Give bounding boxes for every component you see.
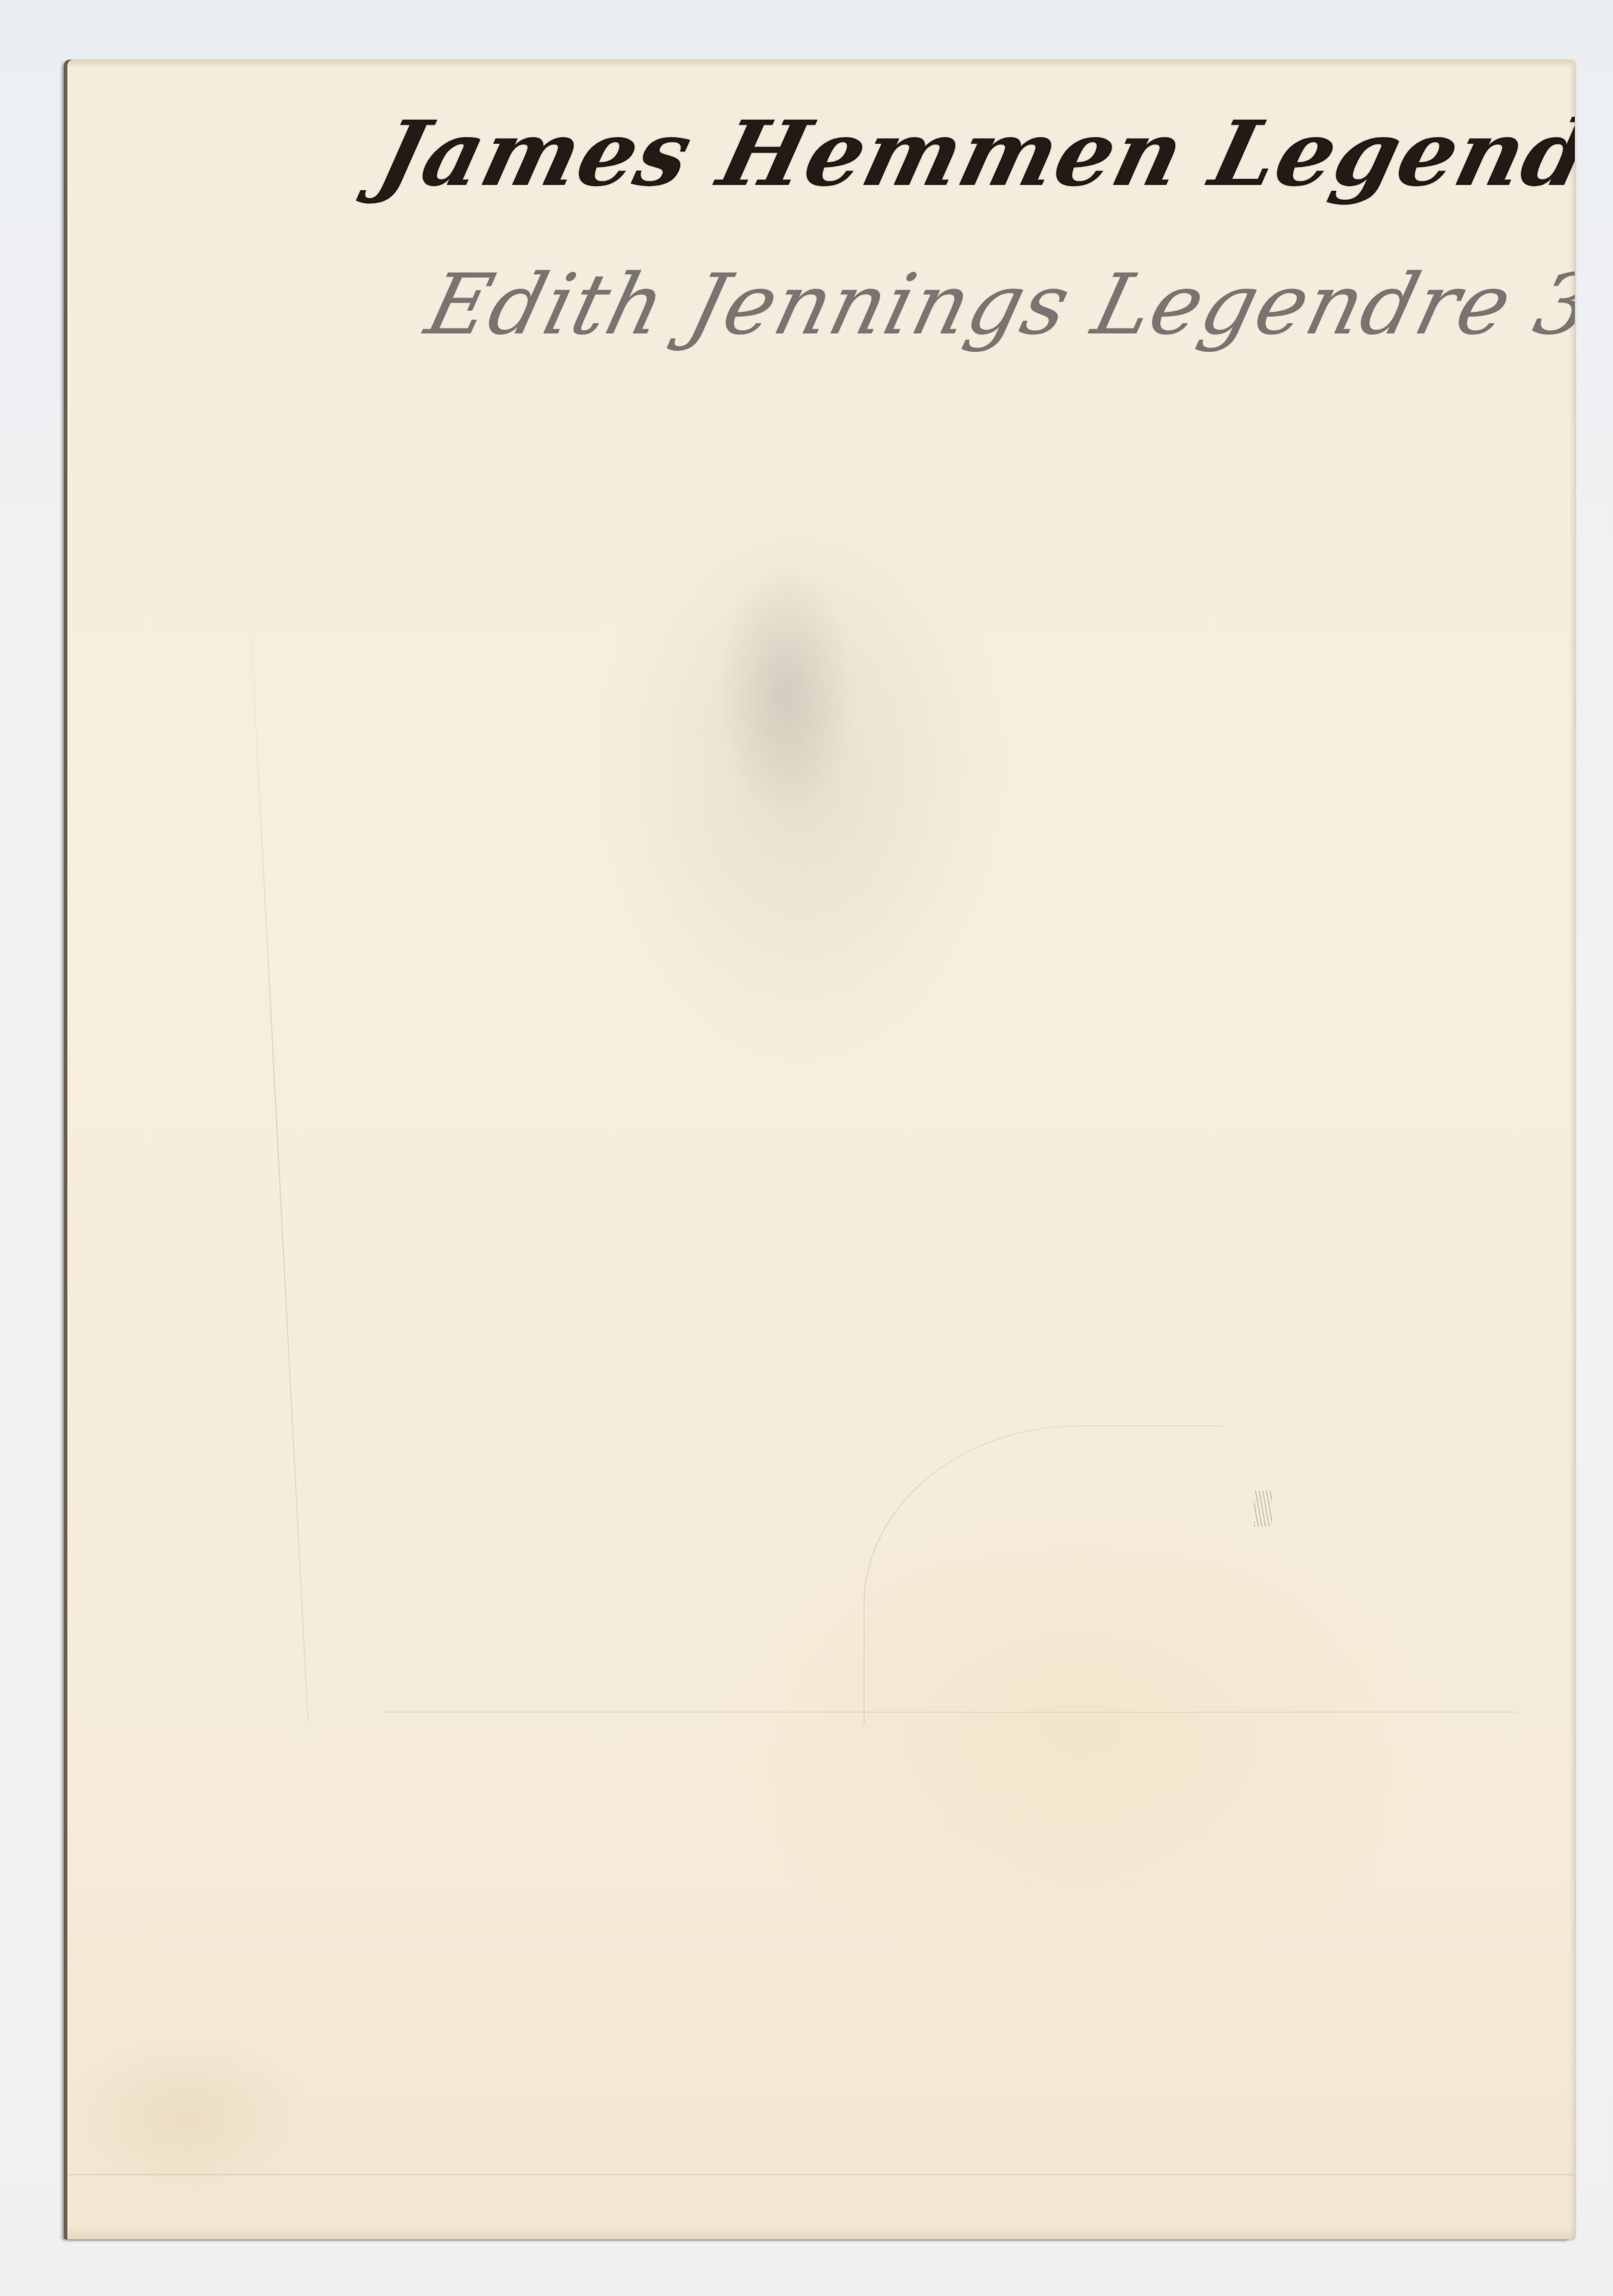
embossed-arc-mark (863, 1425, 1222, 1725)
inscription-line-2: Edith Jennings Legendre 3 y (417, 256, 1575, 354)
inscription-area: James Hemmen Legendre 4 y Edith Jennings… (67, 60, 1575, 477)
ghost-image-left-edge (246, 555, 309, 1722)
ghost-image-smudge (717, 567, 855, 817)
pencil-mark (1254, 1491, 1272, 1527)
inscription-line-1: James Hemmen Legendre 4 y (369, 101, 1575, 206)
card-bottom-crease (67, 2174, 1575, 2176)
card-bottom-edge (67, 2226, 1575, 2239)
